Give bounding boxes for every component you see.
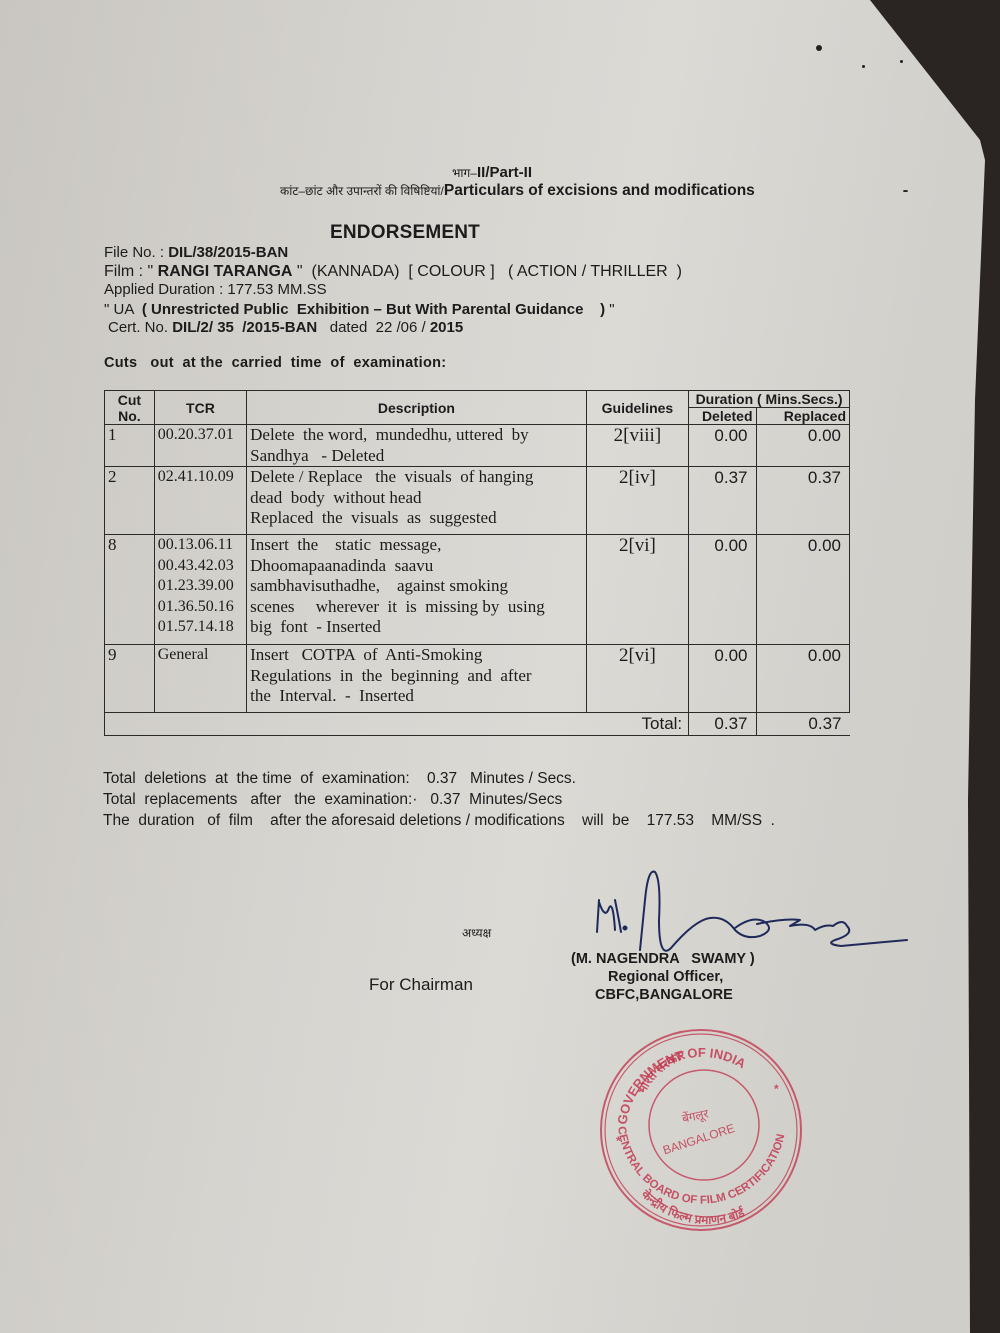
officer-title: Regional Officer,	[608, 969, 723, 985]
certificate-number: Cert. No. DIL/2/ 35 /2015-BAN dated 22 /…	[108, 319, 463, 336]
stamp-center-hindi: बेंगलूर	[681, 1106, 711, 1126]
cell-description: Insert COTPA of Anti-SmokingRegulations …	[247, 645, 587, 713]
cell-replaced: 0.00	[756, 645, 849, 713]
tcr-value: General	[158, 645, 243, 666]
paper-speck	[862, 65, 865, 68]
cell-tcr: 00.13.06.1100.43.42.0301.23.39.0001.36.5…	[154, 535, 246, 645]
tcr-value: 00.20.37.01	[158, 425, 243, 446]
cell-deleted: 0.00	[689, 425, 756, 467]
film-details: " (KANNADA) [ COLOUR ] ( ACTION / THRILL…	[292, 263, 681, 280]
table-row: 202.41.10.09Delete / Replace the visuals…	[105, 467, 850, 535]
cell-description: Insert the static message,Dhoomapaanadin…	[247, 535, 587, 645]
description-line: the Interval. - Inserted	[250, 686, 583, 707]
part-title: भाग–II/Part-II	[452, 164, 532, 181]
cert-dated: dated 22 /06 /	[317, 319, 430, 336]
description-line: sambhavisuthadhe, against smoking	[250, 576, 583, 597]
cell-deleted: 0.00	[689, 645, 756, 713]
cert-no: DIL/2/ 35 /2015-BAN	[172, 319, 317, 336]
film-name: RANGI TARANGA	[158, 263, 293, 280]
tcr-value: 00.13.06.11	[158, 535, 243, 556]
description-line: dead body without head	[250, 488, 583, 509]
paper-speck	[903, 190, 908, 192]
table-row: 100.20.37.01Delete the word, mundedhu, u…	[105, 425, 850, 467]
tcr-value: 00.43.42.03	[158, 556, 243, 577]
officer-office: CBFC,BANGALORE	[595, 987, 733, 1003]
rating-quote: "	[605, 301, 615, 318]
summary-deletions: Total deletions at the time of examinati…	[103, 770, 576, 788]
header-guidelines: Guidelines	[586, 391, 688, 425]
cell-replaced: 0.37	[756, 467, 849, 535]
for-chairman-label: For Chairman	[369, 975, 473, 995]
tcr-value: 01.36.50.16	[158, 597, 243, 618]
stamp-center-text: BANGALORE	[661, 1121, 736, 1157]
officer-name: (M. NAGENDRA SWAMY )	[571, 951, 755, 967]
header-cut-no: Cut No.	[105, 391, 155, 425]
header-duration: Duration ( Mins.Secs.)	[689, 391, 850, 408]
header-deleted: Deleted	[689, 408, 756, 425]
cuts-table-body: 100.20.37.01Delete the word, mundedhu, u…	[105, 425, 850, 713]
cert-year: 2015	[430, 319, 463, 336]
particulars-english: Particulars of excisions and modificatio…	[444, 182, 755, 199]
cell-deleted: 0.37	[689, 467, 756, 535]
tcr-value: 01.23.39.00	[158, 576, 243, 597]
cell-cut-no: 2	[105, 467, 155, 535]
rating-code: " UA	[104, 301, 142, 318]
table-row: 9GeneralInsert COTPA of Anti-SmokingRegu…	[105, 645, 850, 713]
file-no-value: DIL/38/2015-BAN	[168, 244, 288, 261]
header-description: Description	[247, 391, 587, 425]
applied-duration: Applied Duration : 177.53 MM.SS	[104, 281, 327, 298]
cell-cut-no: 1	[105, 425, 155, 467]
header-tcr: TCR	[154, 391, 246, 425]
total-label: Total:	[105, 713, 689, 736]
table-row: 800.13.06.1100.43.42.0301.23.39.0001.36.…	[105, 535, 850, 645]
file-number: File No. : DIL/38/2015-BAN	[104, 244, 288, 261]
cell-replaced: 0.00	[756, 425, 849, 467]
film-label: Film : "	[104, 263, 158, 280]
header-replaced: Replaced	[756, 408, 849, 425]
document-title: ENDORSEMENT	[330, 222, 480, 244]
tcr-value: 01.57.14.18	[158, 617, 243, 638]
file-no-label: File No. :	[104, 244, 168, 261]
part-hindi: भाग–	[452, 166, 477, 180]
cell-description: Delete / Replace the visuals of hangingd…	[247, 467, 587, 535]
description-line: Insert the static message,	[250, 535, 583, 556]
cell-cut-no: 9	[105, 645, 155, 713]
official-stamp-icon: भारत सरकार GOVERNMENT OF INDIA CENTRAL B…	[596, 1025, 806, 1235]
paper-speck	[816, 45, 822, 51]
description-line: big font - Inserted	[250, 617, 583, 638]
cuts-table: Cut No. TCR Description Guidelines Durat…	[104, 390, 850, 736]
cell-guidelines: 2[iv]	[586, 467, 688, 535]
part-label: II/Part-II	[477, 164, 532, 181]
cell-guidelines: 2[viii]	[586, 425, 688, 467]
svg-text:*: *	[774, 1082, 779, 1096]
cell-tcr: 02.41.10.09	[154, 467, 246, 535]
description-line: Delete the word, mundedhu, uttered by	[250, 425, 583, 446]
description-line: scenes wherever it is missing by using	[250, 597, 583, 618]
rating-description: ( Unrestricted Public Exhibition – But W…	[142, 301, 605, 318]
cell-deleted: 0.00	[689, 535, 756, 645]
description-line: Replaced the visuals as suggested	[250, 508, 583, 529]
cuts-heading: Cuts out at the carried time of examinat…	[104, 355, 446, 371]
cell-cut-no: 8	[105, 535, 155, 645]
cell-replaced: 0.00	[756, 535, 849, 645]
svg-text:*: *	[616, 1134, 621, 1148]
particulars-hindi: कांट–छांट और उपान्तरों की विषिष्टियां/	[280, 184, 444, 198]
summary-replacements: Total replacements after the examination…	[103, 791, 562, 809]
particulars-heading: कांट–छांट और उपान्तरों की विषिष्टियां/Pa…	[280, 182, 755, 200]
description-line: Insert COTPA of Anti-Smoking	[250, 645, 583, 666]
paper-speck	[900, 60, 903, 63]
certificate-rating: " UA ( Unrestricted Public Exhibition – …	[104, 301, 615, 318]
cell-description: Delete the word, mundedhu, uttered bySan…	[247, 425, 587, 467]
tcr-value: 02.41.10.09	[158, 467, 243, 488]
summary-final-duration: The duration of film after the aforesaid…	[103, 812, 775, 830]
description-line: Regulations in the beginning and after	[250, 666, 583, 687]
film-line: Film : " RANGI TARANGA " (KANNADA) [ COL…	[104, 263, 682, 281]
description-line: Dhoomapaanadinda saavu	[250, 556, 583, 577]
cell-guidelines: 2[vi]	[586, 645, 688, 713]
description-line: Delete / Replace the visuals of hanging	[250, 467, 583, 488]
total-deleted: 0.37	[689, 713, 756, 736]
cell-guidelines: 2[vi]	[586, 535, 688, 645]
cell-tcr: 00.20.37.01	[154, 425, 246, 467]
total-replaced: 0.37	[756, 713, 849, 736]
description-line: Sandhya - Deleted	[250, 446, 583, 467]
adhyaksh-label: अध्यक्ष	[462, 924, 491, 941]
cell-tcr: General	[154, 645, 246, 713]
total-row: Total: 0.37 0.37	[105, 713, 850, 736]
cert-label: Cert. No.	[108, 319, 172, 336]
